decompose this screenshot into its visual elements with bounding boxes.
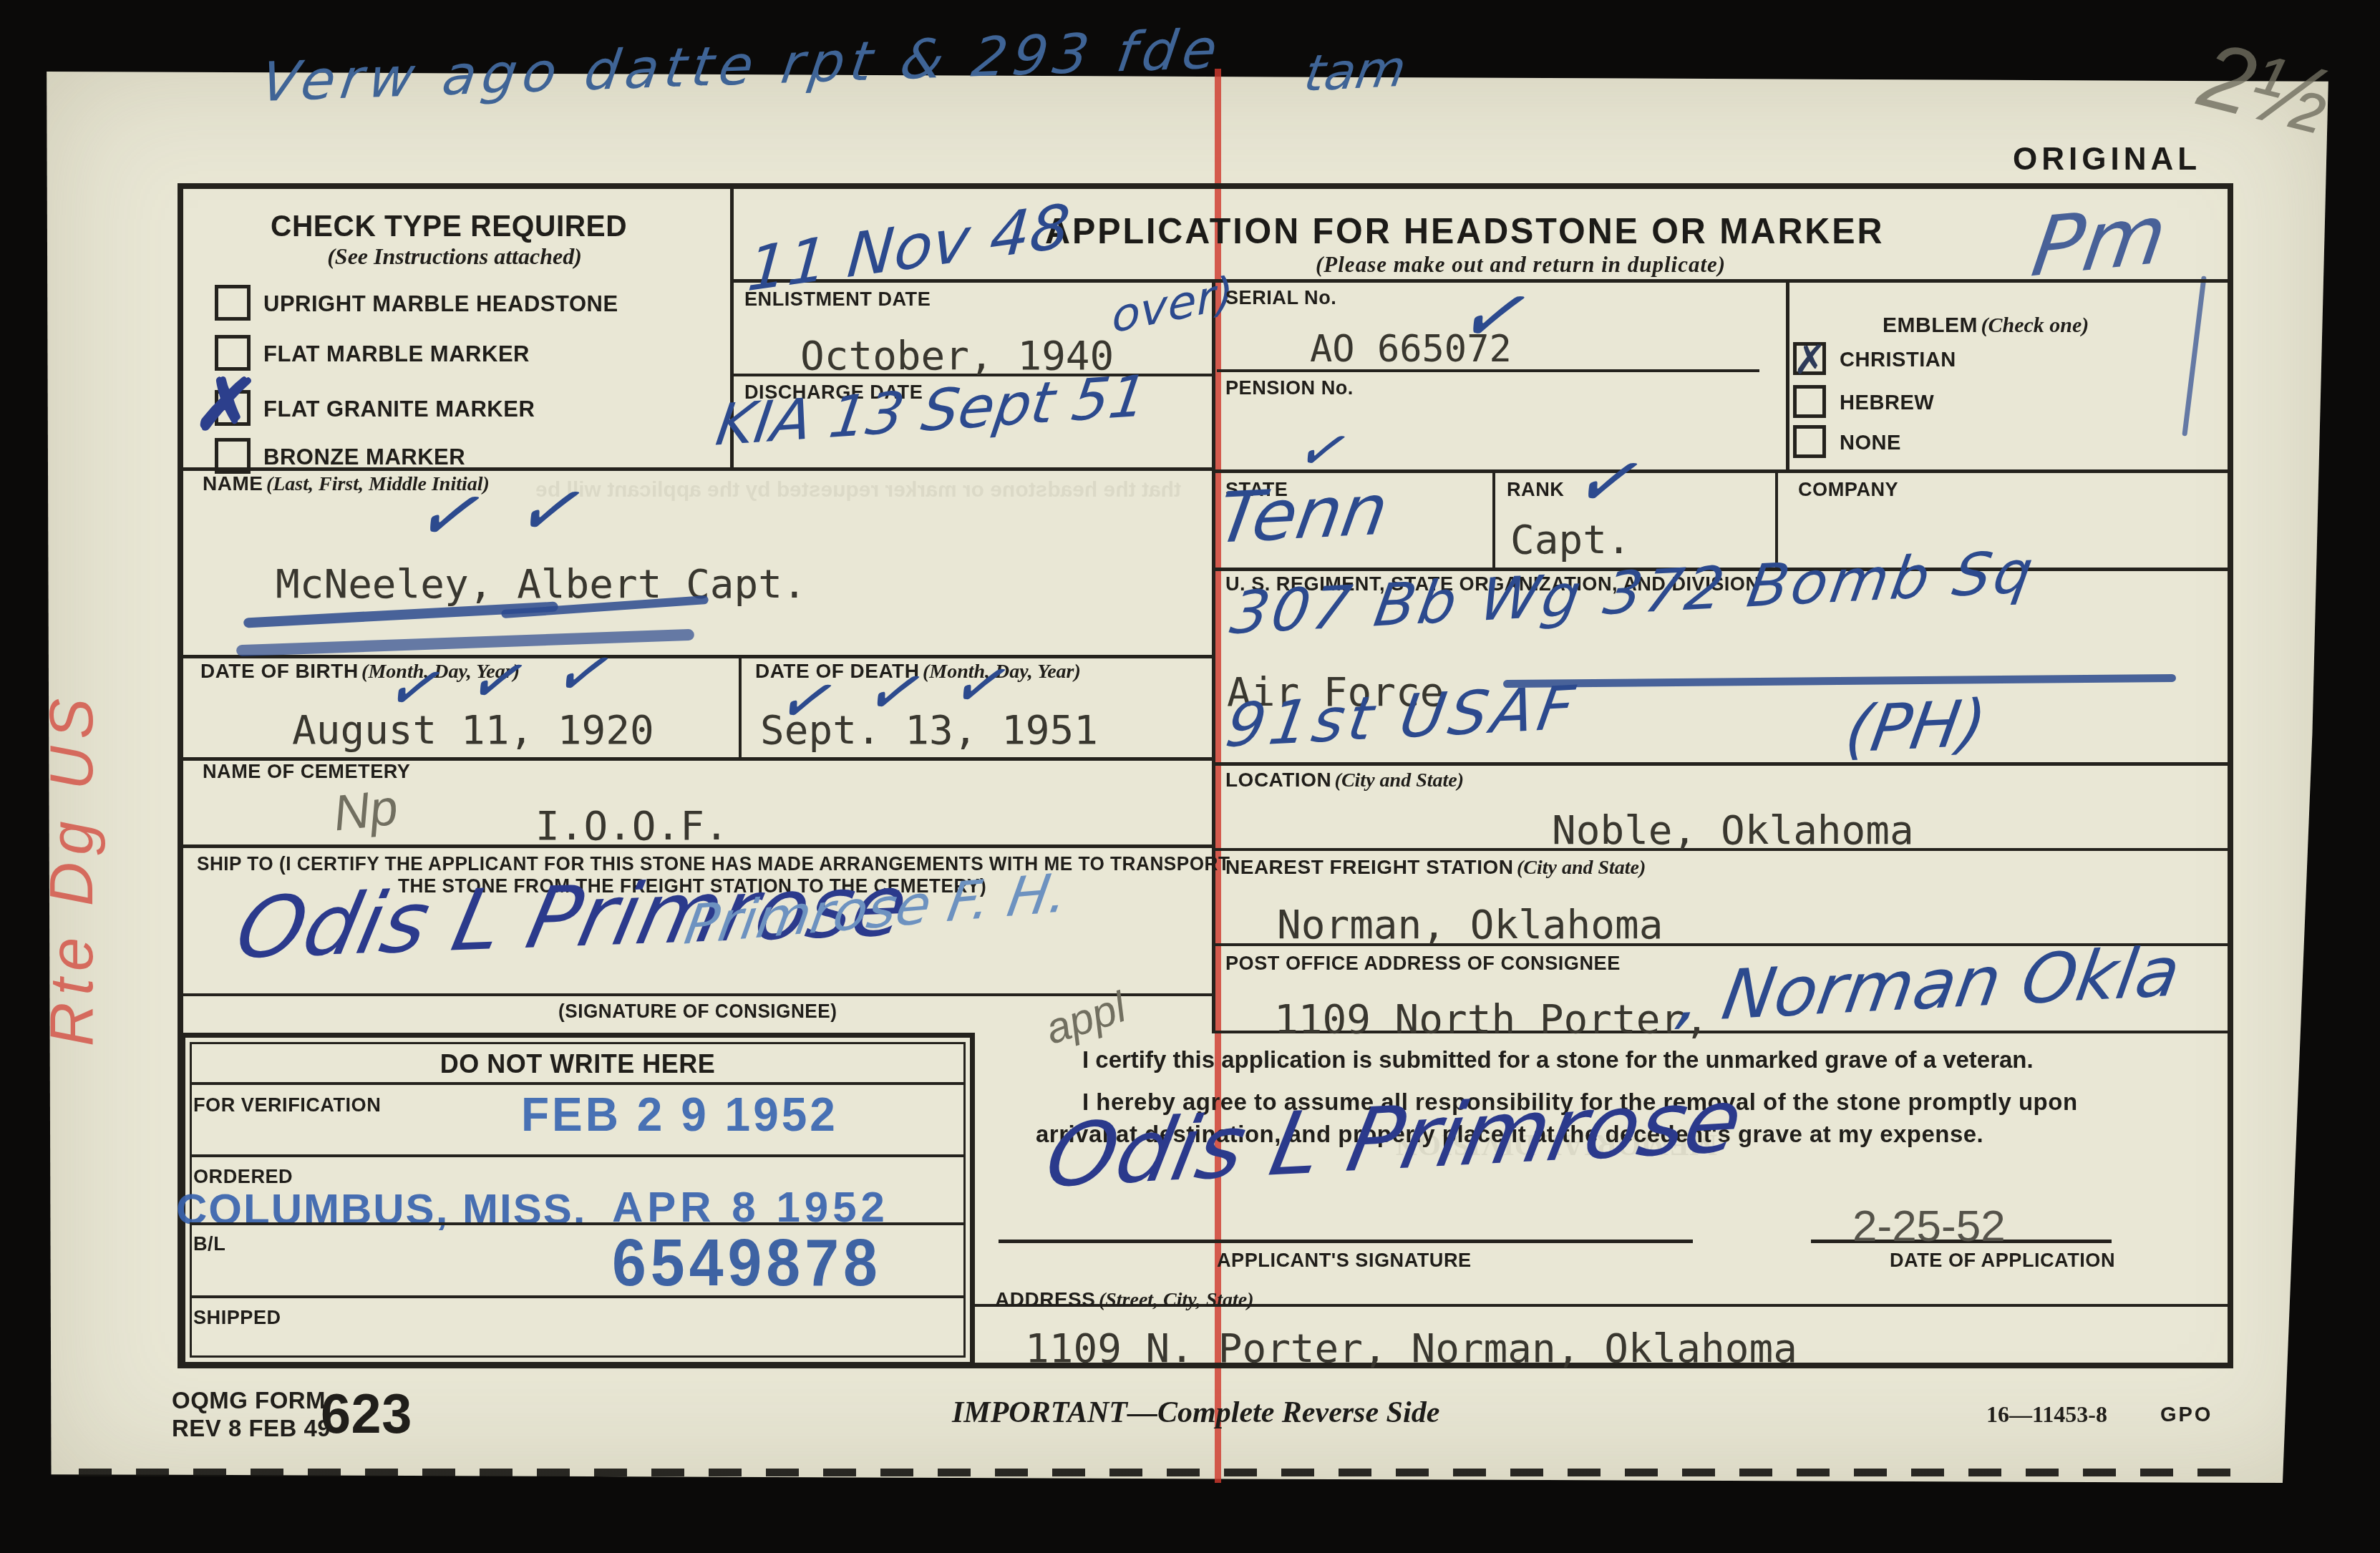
gpo-label: GPO <box>2160 1403 2213 1427</box>
cemetery-value: I.O.O.F. <box>535 803 729 849</box>
bl-number-stamp: 6549878 <box>612 1225 882 1302</box>
emblem-label: NONE <box>1840 431 1901 455</box>
form-id-line1: OQMG FORM <box>172 1387 331 1415</box>
top-handwritten-note-2: tam <box>1301 39 1410 103</box>
cemetery-pencil-note: Np <box>331 779 400 842</box>
divider <box>1786 279 1789 472</box>
perforation-edge <box>79 1469 2255 1476</box>
name-label: NAME <box>203 472 263 495</box>
scanned-document: that the headstone or marker requested b… <box>0 0 2380 1553</box>
emblem-heading-wrap: EMBLEM (Check one) <box>1883 313 2089 338</box>
shipped-label: SHIPPED <box>193 1306 281 1329</box>
verification-stamp: FEB 2 9 1952 <box>521 1086 838 1142</box>
emblem-heading-paren: (Check one) <box>1981 313 2089 337</box>
dod-value: Sept. 13, 1951 <box>760 707 1098 754</box>
checkbox-upright-marble <box>215 285 251 321</box>
enlistment-date-label: ENLISTMENT DATE <box>744 288 931 311</box>
emblem-label: CHRISTIAN <box>1840 348 1956 372</box>
original-label: ORIGINAL <box>2013 142 2201 177</box>
post-office-value: 1109 North Porter, <box>1274 996 1709 1043</box>
checkbox-none <box>1793 425 1826 458</box>
application-date-value: 2-25-52 <box>1852 1201 2006 1252</box>
dob-value: August 11, 1920 <box>292 707 654 754</box>
checkbox-hebrew <box>1793 385 1826 418</box>
x-mark-icon: ✗ <box>1793 336 1827 384</box>
checkbox-label: UPRIGHT MARBLE HEADSTONE <box>263 291 618 317</box>
divider <box>178 993 1215 996</box>
location-label-wrap: LOCATION (City and State) <box>1225 769 1464 792</box>
applicant-signature-label: APPLICANT'S SIGNATURE <box>1217 1249 1472 1272</box>
rank-value: Capt. <box>1510 517 1631 563</box>
form-id-wrap: OQMG FORM REV 8 FEB 49 <box>172 1387 336 1443</box>
important-note: IMPORTANT—Complete Reverse Side <box>952 1396 1439 1430</box>
form-number: 623 <box>321 1381 412 1446</box>
pension-no-label: PENSION No. <box>1225 376 1354 399</box>
red-crayon-margin-note: Rte Dg US <box>37 691 107 1046</box>
address-value: 1109 N. Porter, Norman, Oklahoma <box>1025 1325 1797 1372</box>
signature-rule <box>999 1240 1693 1243</box>
bl-label: B/L <box>193 1232 225 1255</box>
divider <box>190 1082 966 1085</box>
checkbox-label: BRONZE MARKER <box>263 444 465 470</box>
print-code: 16—11453-8 <box>1986 1401 2107 1428</box>
divider <box>739 655 742 757</box>
check-type-heading: CHECK TYPE REQUIRED <box>271 209 627 243</box>
freight-label-wrap: NEAREST FREIGHT STATION (City and State) <box>1225 856 1646 880</box>
form-id-line2: REV 8 FEB 49 <box>172 1415 331 1443</box>
dob-label: DATE OF BIRTH <box>200 660 359 682</box>
rank-label: RANK <box>1507 478 1564 501</box>
location-label: LOCATION <box>1225 769 1331 791</box>
form-title: APPLICATION FOR HEADSTONE OR MARKER <box>1045 210 1884 252</box>
address-label: ADDRESS <box>995 1288 1095 1310</box>
consignee-caption: (SIGNATURE OF CONSIGNEE) <box>558 1001 837 1023</box>
divider <box>190 1295 966 1298</box>
serial-no-value: AO 665072 <box>1310 328 1512 371</box>
post-office-label: POST OFFICE ADDRESS OF CONSIGNEE <box>1225 952 1621 975</box>
ordered-stamp-place: COLUMBUS, MISS. <box>176 1184 586 1234</box>
check-type-heading-wrap: CHECK TYPE REQUIRED (See Instructions at… <box>193 209 716 270</box>
divider <box>178 655 1215 658</box>
emblem-heading: EMBLEM <box>1883 313 1978 337</box>
divider <box>190 1154 966 1157</box>
name-value: McNeeley, Albert Capt. <box>276 561 807 608</box>
freight-station-label-paren: (City and State) <box>1517 857 1646 879</box>
freight-station-value: Norman, Oklahoma <box>1277 902 1663 948</box>
application-date-label: DATE OF APPLICATION <box>1890 1249 2115 1272</box>
location-label-paren: (City and State) <box>1335 769 1464 792</box>
freight-station-label: NEAREST FREIGHT STATION <box>1225 856 1513 878</box>
check-type-subheading: (See Instructions attached) <box>327 243 582 269</box>
checkbox-label: FLAT GRANITE MARKER <box>263 396 535 422</box>
divider <box>1492 469 1495 568</box>
verification-label: FOR VERIFICATION <box>193 1094 381 1116</box>
serial-no-label: SERIAL No. <box>1225 286 1336 309</box>
company-label: COMPANY <box>1798 478 1898 501</box>
location-value: Noble, Oklahoma <box>1552 807 1914 854</box>
checkbox-bronze <box>215 438 251 474</box>
certify-line-1: I certify this application is submitted … <box>1082 1046 2034 1074</box>
regiment-handwritten-3: (PH) <box>1840 686 1991 768</box>
address-label-paren: (Street, City, State) <box>1099 1289 1254 1311</box>
address-label-wrap: ADDRESS (Street, City, State) <box>995 1288 1254 1312</box>
emblem-label: HEBREW <box>1840 391 1934 415</box>
do-not-write-heading: DO NOT WRITE HERE <box>180 1049 975 1079</box>
checkbox-label: FLAT MARBLE MARKER <box>263 341 530 367</box>
state-handwritten-value: Tenn <box>1213 469 1394 560</box>
divider <box>1212 762 2230 766</box>
